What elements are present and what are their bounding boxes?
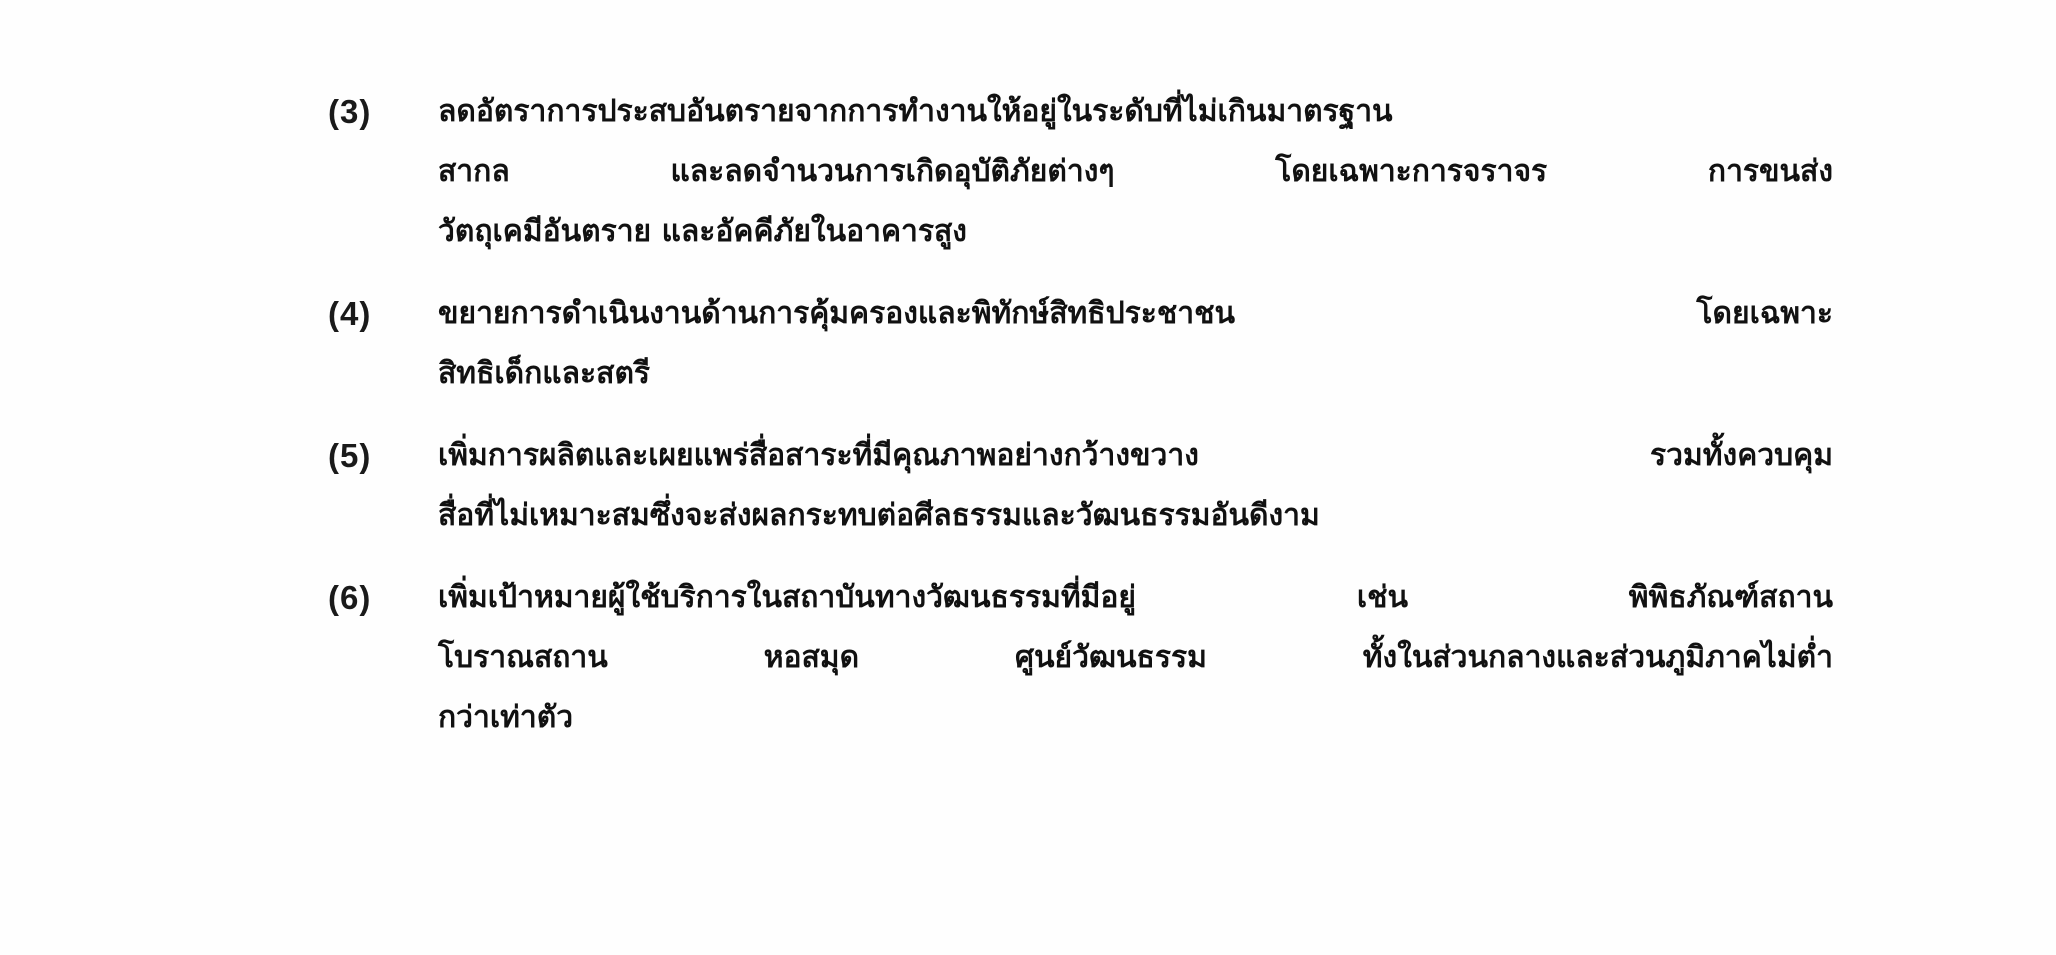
text-segment: ขยายการดำเนินงานด้านการคุ้มครองและพิทักษ… — [438, 284, 1235, 344]
text-line: วัตถุเคมีอันตราย และอัคคีภัยในอาคารสูง — [438, 202, 1833, 262]
text-line: ลดอัตราการประสบอันตรายจากการทำงานให้อยู่… — [438, 82, 1833, 142]
list-item-6: (6) เพิ่มเป้าหมายผู้ใช้บริการในสถาบันทาง… — [328, 568, 1833, 748]
text-line: กว่าเท่าตัว — [438, 688, 1833, 748]
text-line: ขยายการดำเนินงานด้านการคุ้มครองและพิทักษ… — [438, 284, 1833, 344]
item-number: (4) — [328, 284, 438, 344]
list-item-4: (4) ขยายการดำเนินงานด้านการคุ้มครองและพิ… — [328, 284, 1833, 404]
document-page: (3) ลดอัตราการประสบอันตรายจากการทำงานให้… — [0, 0, 2056, 955]
text-segment: รวมทั้งควบคุม — [1650, 426, 1833, 486]
list-item-3: (3) ลดอัตราการประสบอันตรายจากการทำงานให้… — [328, 82, 1833, 262]
text-segment: โดยเฉพาะ — [1696, 284, 1833, 344]
item-number: (5) — [328, 426, 438, 486]
item-text: ขยายการดำเนินงานด้านการคุ้มครองและพิทักษ… — [438, 284, 1833, 404]
item-number: (6) — [328, 568, 438, 628]
text-line: เพิ่มการผลิตและเผยแพร่สื่อสาระที่มีคุณภา… — [438, 426, 1833, 486]
text-line: โบราณสถาน หอสมุด ศูนย์วัฒนธรรม ทั้งในส่ว… — [438, 628, 1833, 688]
text-line: เพิ่มเป้าหมายผู้ใช้บริการในสถาบันทางวัฒน… — [438, 568, 1833, 628]
item-text: เพิ่มเป้าหมายผู้ใช้บริการในสถาบันทางวัฒน… — [438, 568, 1833, 748]
text-line: สากล และลดจำนวนการเกิดอุบัติภัยต่างๆ โดย… — [438, 142, 1833, 202]
item-number: (3) — [328, 82, 438, 142]
item-text: เพิ่มการผลิตและเผยแพร่สื่อสาระที่มีคุณภา… — [438, 426, 1833, 546]
item-text: ลดอัตราการประสบอันตรายจากการทำงานให้อยู่… — [438, 82, 1833, 262]
text-line: สื่อที่ไม่เหมาะสมซึ่งจะส่งผลกระทบต่อศีลธ… — [438, 486, 1833, 546]
text-line: สิทธิเด็กและสตรี — [438, 344, 1833, 404]
text-segment: เพิ่มการผลิตและเผยแพร่สื่อสาระที่มีคุณภา… — [438, 426, 1199, 486]
list-item-5: (5) เพิ่มการผลิตและเผยแพร่สื่อสาระที่มีค… — [328, 426, 1833, 546]
numbered-list: (3) ลดอัตราการประสบอันตรายจากการทำงานให้… — [328, 82, 1833, 770]
